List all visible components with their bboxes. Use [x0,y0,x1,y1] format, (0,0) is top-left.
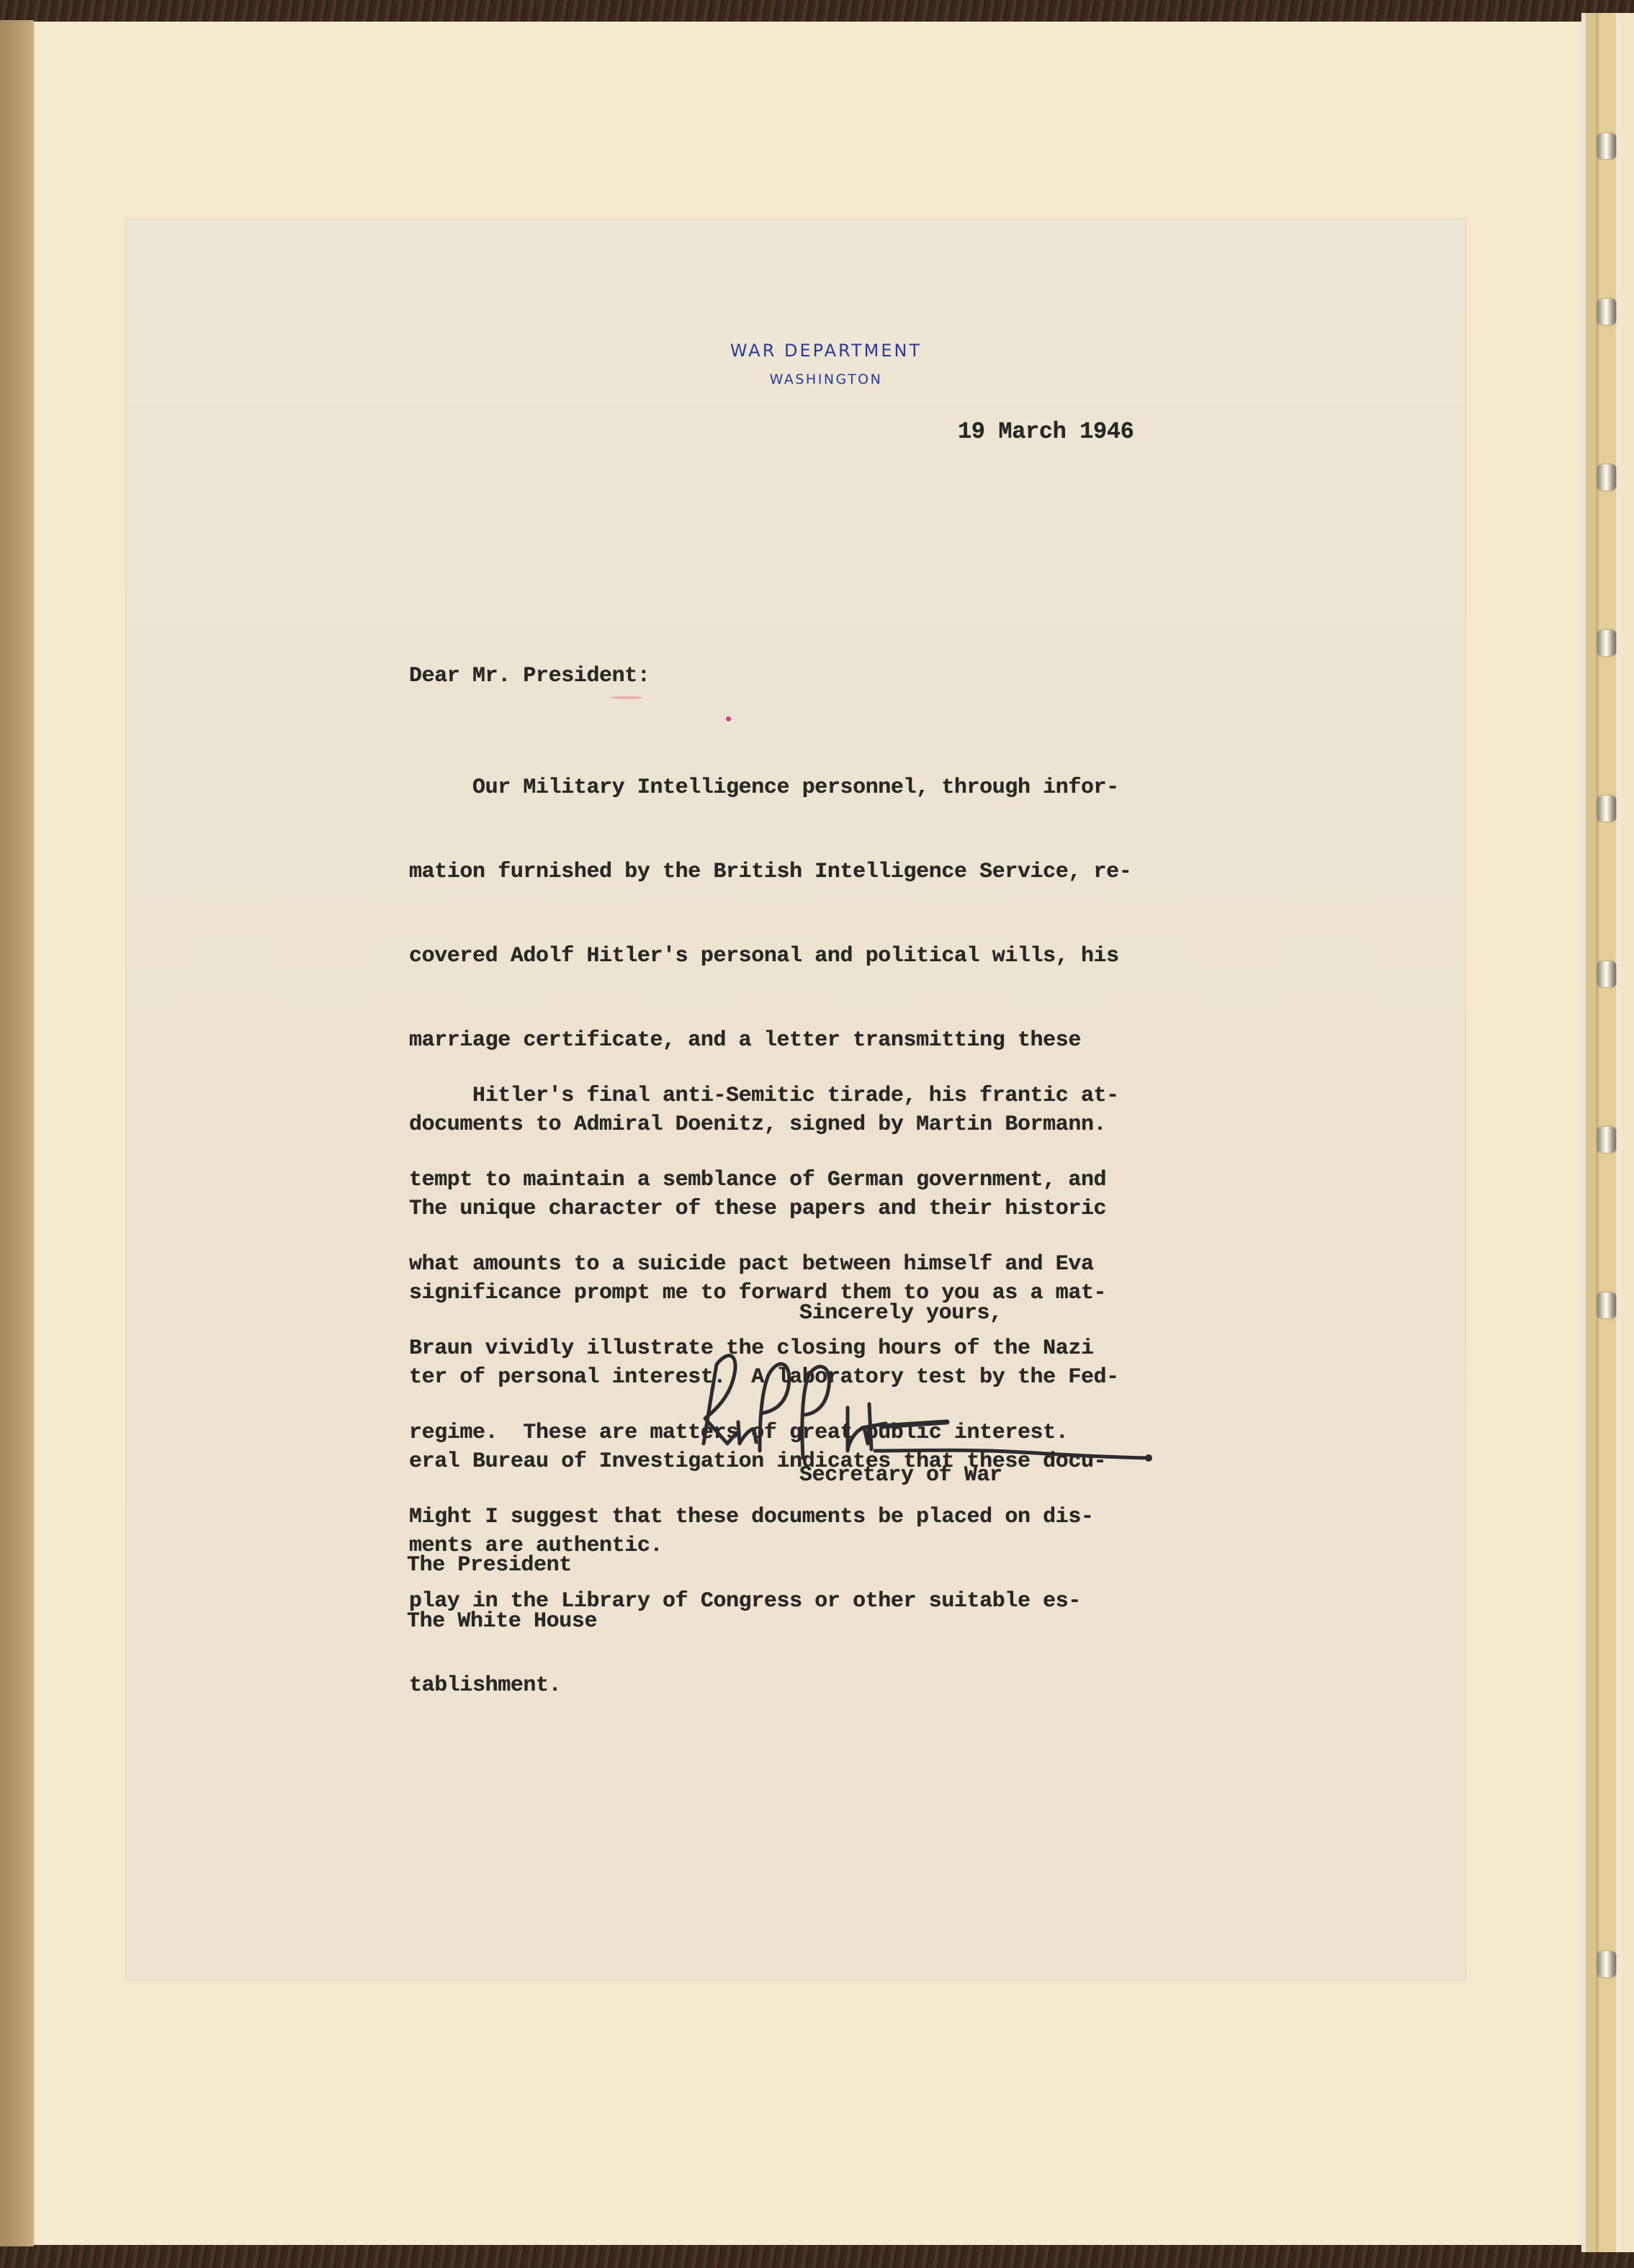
salutation: Dear Mr. President: [409,662,650,690]
text-line: mation furnished by the British Intellig… [409,858,1131,886]
letter-sheet: WAR DEPARTMENT WASHINGTON 19 March 1946 … [126,220,1465,1980]
text-line: Might I suggest that these documents be … [409,1503,1119,1531]
binding-ring-icon [1597,133,1616,159]
addressee-line-2: The White House [407,1608,597,1636]
letterhead-location: WASHINGTON [126,372,1465,387]
text-line: what amounts to a suicide pact between h… [409,1251,1119,1279]
text-line: Hitler's final anti-Semitic tirade, his … [409,1082,1119,1110]
ink-mark [610,696,643,699]
letter-date: 19 March 1946 [958,418,1134,446]
binding-ring-icon [1597,1951,1616,1977]
letterhead-organization: WAR DEPARTMENT [126,341,1465,361]
signature-icon [688,1343,1163,1472]
binding-ring-icon [1597,464,1616,490]
text-line: Our Military Intelligence personnel, thr… [409,774,1131,802]
text-line: tempt to maintain a semblance of German … [409,1166,1119,1194]
binding-ring-icon [1597,1292,1616,1318]
binding-ring-icon [1597,796,1616,822]
binding-ring-icon [1597,1127,1616,1153]
binding-ring-icon [1597,630,1616,656]
binding-ring-icon [1597,961,1616,987]
closing: Sincerely yours, [799,1300,1002,1328]
addressee-line-1: The President [407,1552,572,1580]
binding-ring-icon [1597,299,1616,325]
leather-cover-bottom [0,2244,1634,2268]
signer-title: Secretary of War [799,1462,1002,1490]
text-line: covered Adolf Hitler's personal and poli… [409,942,1131,971]
leather-cover-top [0,0,1634,23]
text-line: tablishment. [409,1672,1119,1700]
album-page-edge [0,20,34,2246]
